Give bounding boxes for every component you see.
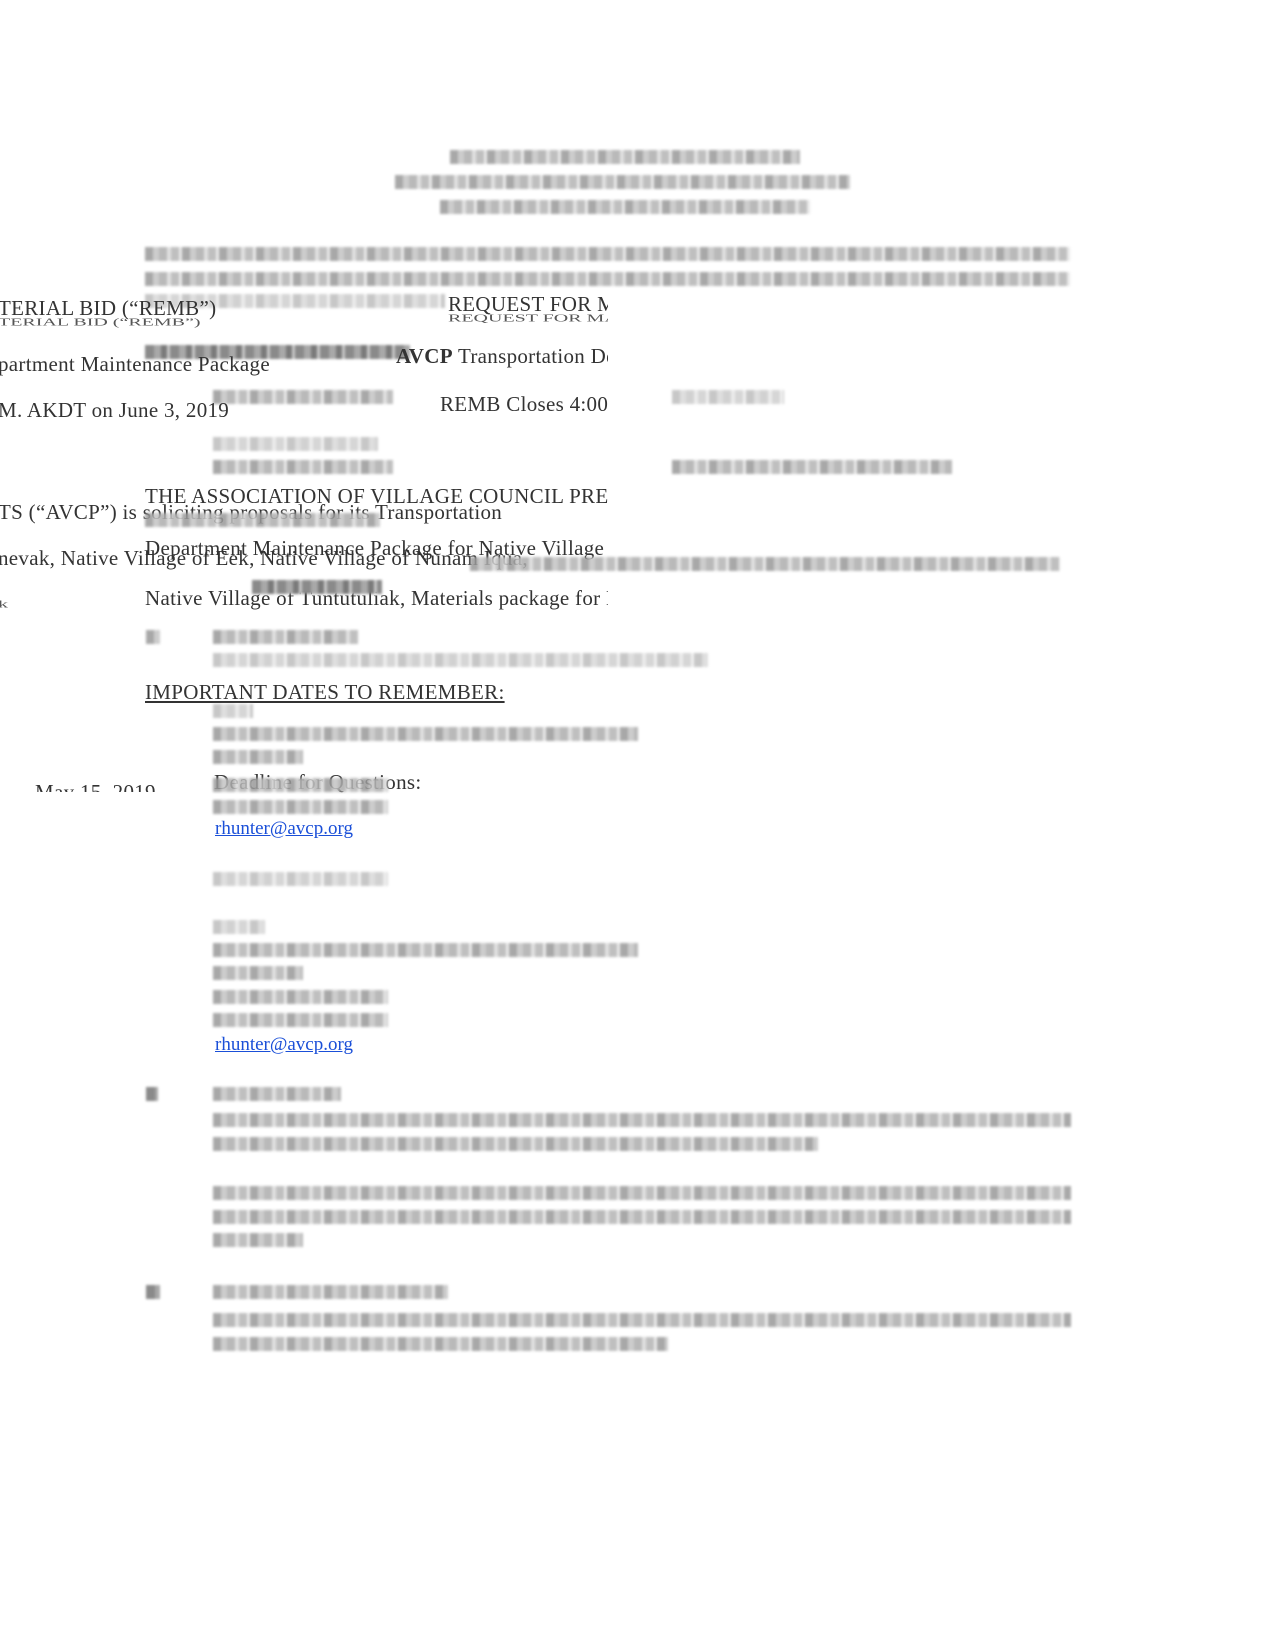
close-fragment-left: M. AKDT on June 3, 2019: [0, 398, 229, 423]
redacted-addr-1: [213, 920, 265, 934]
dept-fragment-left: partment Maintenance Package: [0, 352, 270, 377]
redacted-addr-4: [213, 990, 388, 1004]
deadline-questions-date: May 15, 2019: [35, 780, 156, 792]
redacted-section-b-line-2: [213, 1137, 818, 1151]
villages-fragment: nevak, Native Village of Eek, Native Vil…: [0, 546, 528, 571]
redacted-title-line-2: [395, 175, 850, 189]
redacted-submit-to: [213, 872, 388, 886]
left-k-fragment: k: [0, 598, 8, 611]
redacted-contact-1: [213, 704, 253, 718]
redacted-title-line-1: [450, 150, 800, 164]
redacted-tuntutuliak-part: [252, 580, 382, 594]
dept-right-text: Transportation Dep: [453, 344, 608, 368]
title-fragment-right-shadow: REQUEST FOR MA: [448, 312, 608, 325]
redacted-section-b-line-3: [213, 1186, 1071, 1200]
redacted-deadline-label: [213, 390, 393, 404]
redacted-phone-2: [213, 1013, 388, 1027]
redacted-addr-2: [213, 943, 638, 957]
redacted-intro-line-1: [145, 247, 1070, 261]
redacted-villages-tail: [470, 557, 1060, 571]
email-link-1[interactable]: rhunter@avcp.org: [215, 818, 353, 840]
email-link-2[interactable]: rhunter@avcp.org: [215, 1034, 353, 1056]
redacted-section-b-line-4: [213, 1210, 1071, 1224]
redacted-contact-3: [213, 750, 303, 764]
redacted-title-line-3: [440, 200, 810, 214]
redacted-bid-opening-date: [672, 460, 952, 474]
redacted-addr-3: [213, 966, 303, 980]
redacted-section-c-title: [213, 1285, 448, 1299]
redacted-section-b-line-1: [213, 1113, 1071, 1127]
redacted-section-c-line-1: [213, 1313, 1071, 1327]
redacted-bid-opening-1: [213, 437, 378, 451]
redacted-section-b-line-5: [213, 1233, 303, 1247]
redacted-section-a-title: [213, 630, 358, 644]
title-fragment-left-shadow: TERIAL BID (“REMB”): [0, 316, 201, 329]
redacted-contact-2: [213, 727, 638, 741]
redacted-section-c-line-2: [213, 1337, 668, 1351]
redacted-assoc-line: [145, 513, 380, 527]
close-fragment-right: REMB Closes 4:00 P.M: [440, 392, 608, 417]
redacted-section-b-title: [213, 1087, 341, 1101]
section-b-marker: [146, 1087, 158, 1101]
redacted-section-a-line: [213, 653, 708, 667]
redacted-phone-1: [213, 800, 388, 814]
dept-fragment-right: AVCP Transportation Dep: [396, 344, 608, 369]
redacted-contact-4: [213, 778, 388, 792]
redacted-bid-opening-2: [213, 460, 393, 474]
redacted-deadline-date: [672, 390, 784, 404]
avcp-bold: AVCP: [396, 344, 453, 368]
important-dates-heading: IMPORTANT DATES TO REMEMBER:: [145, 680, 505, 705]
redacted-intro-line-2: [145, 272, 1070, 286]
section-c-marker: [146, 1285, 160, 1299]
section-a-marker: [146, 630, 160, 644]
